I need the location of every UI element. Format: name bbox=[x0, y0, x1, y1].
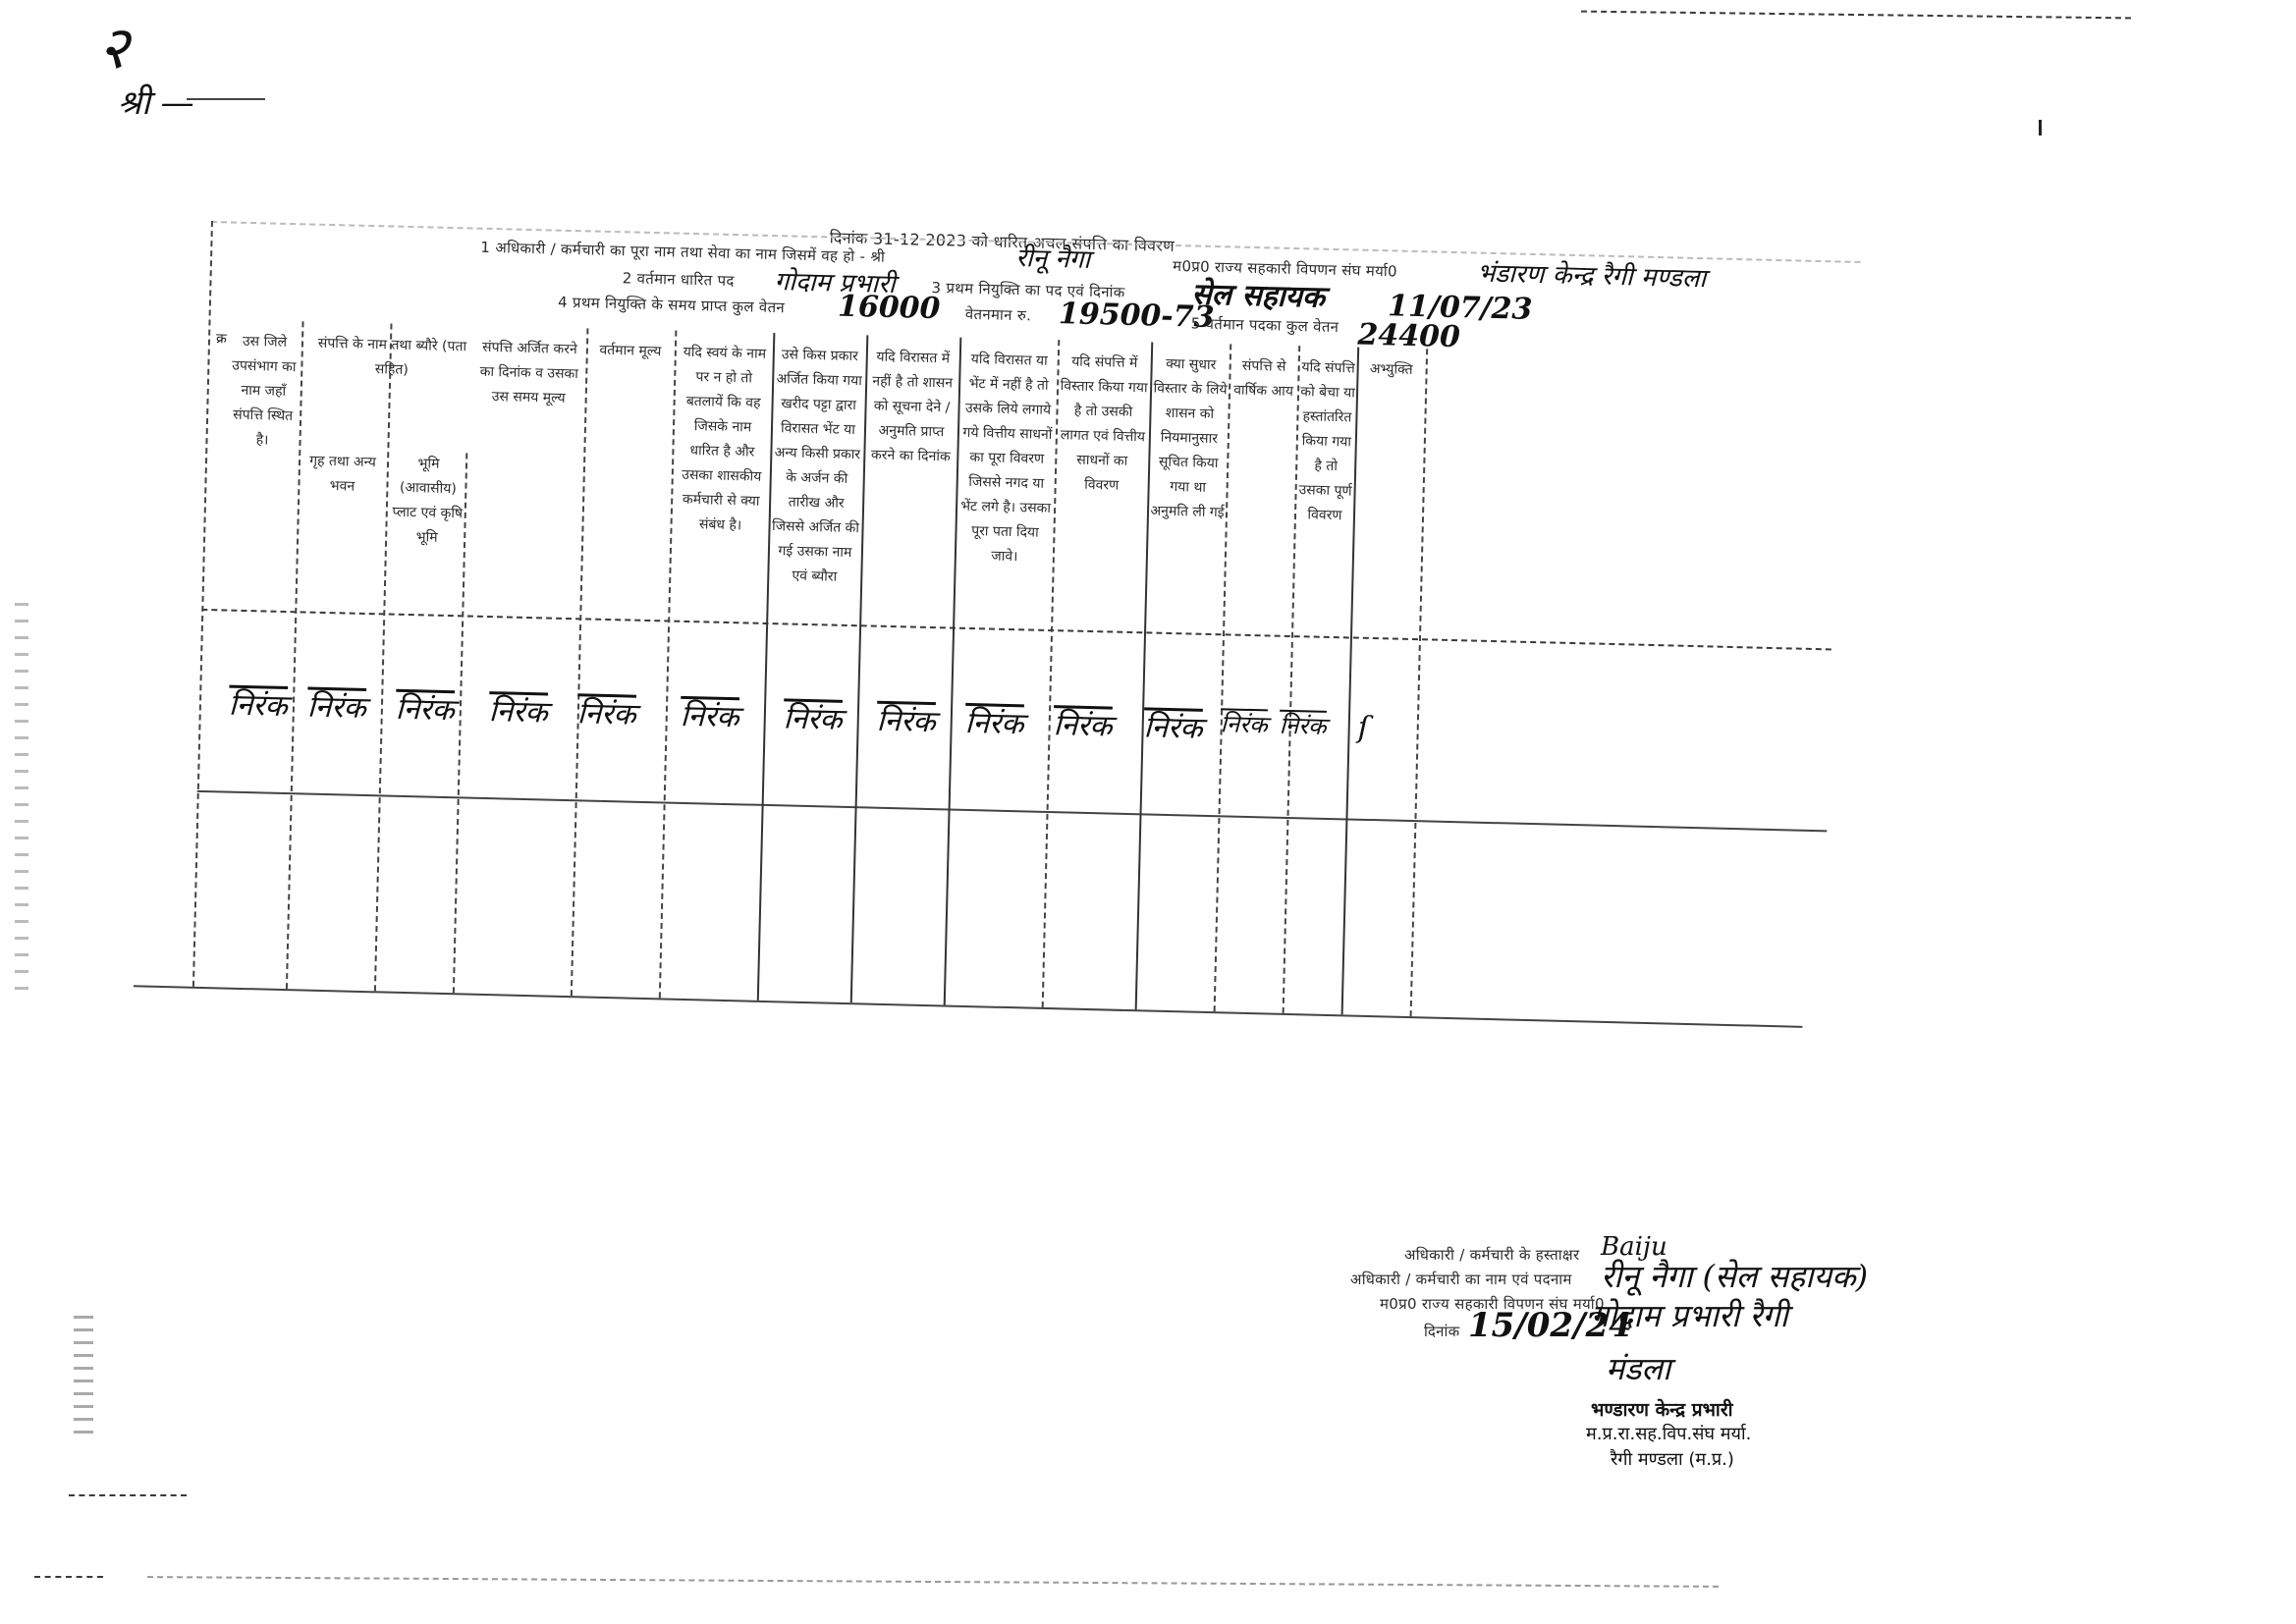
scan-edge-left bbox=[15, 589, 28, 1001]
asset-declaration-form: दिनांक 31-12 2023 को धारित अचल संपत्ति क… bbox=[188, 221, 1860, 1223]
cell-value: निरंक bbox=[488, 689, 548, 731]
col-head-property: संपत्ति के नाम तथा ब्यौरे (पता सहित) bbox=[305, 331, 478, 384]
corner-mark: श्री — bbox=[118, 79, 194, 124]
date-label: दिनांक bbox=[1424, 1322, 1459, 1341]
col-head-intimation: यदि विरासत में नहीं है तो शासन को सूचना … bbox=[865, 345, 958, 469]
col-line bbox=[192, 221, 213, 987]
line4-label: 4 प्रथम नियुक्ति के समय प्राप्त कुल वेतन bbox=[558, 293, 785, 318]
cell-value: निरंक bbox=[1053, 703, 1113, 744]
cell-value: निरंक bbox=[395, 687, 455, 729]
cell-value: निरंक bbox=[876, 699, 936, 740]
cell-value: निरंक bbox=[680, 694, 739, 735]
stamp-line-1: भण्डारण केन्द्र प्रभारी bbox=[1591, 1396, 1733, 1422]
col-head-remarks: अभ्युक्ति bbox=[1358, 357, 1424, 384]
line5-value: 24400 bbox=[1357, 318, 1460, 355]
col-line bbox=[1410, 349, 1429, 1016]
line5-label: 5 वर्तमान पदका कुल वेतन bbox=[1191, 313, 1339, 337]
scan-edge-top bbox=[1581, 11, 2131, 20]
value-row-border bbox=[197, 790, 1828, 833]
cell-value: निरंक bbox=[1220, 707, 1268, 740]
cell-value: निरंक bbox=[964, 701, 1024, 742]
name-label: अधिकारी / कर्मचारी का नाम एवं पदनाम bbox=[1350, 1270, 1572, 1289]
scan-speck bbox=[2039, 120, 2042, 135]
col-line bbox=[659, 331, 678, 999]
corner-dash bbox=[187, 98, 265, 100]
line1-value2: भंडारण केन्द्र रैगी मण्डला bbox=[1477, 254, 1707, 296]
col-head-acquisition: उसे किस प्रकार अर्जित किया गया खरीद पट्ट… bbox=[770, 343, 864, 590]
name-value: रीनू नैगा (सेल सहायक) bbox=[1601, 1255, 1868, 1297]
cell-value: ſ bbox=[1357, 711, 1369, 745]
col-sub-land: भूमि (आवासीय) प्लाट एवं कृषि भूमि bbox=[390, 452, 465, 552]
col-head-extension: यदि संपत्ति में विस्तार किया गया है तो उ… bbox=[1057, 350, 1149, 499]
scan-edge-line bbox=[69, 1494, 187, 1496]
place-value: मंडला bbox=[1606, 1347, 1670, 1389]
line1-label: 1 अधिकारी / कर्मचारी का पूरा नाम तथा सेव… bbox=[480, 238, 885, 267]
line4b-label: वेतनमान रु. bbox=[965, 304, 1032, 326]
stamp-line-2: म.प्र.रा.सह.विप.संघ मर्या. bbox=[1586, 1422, 1751, 1445]
col-head-current-value: वर्तमान मूल्य bbox=[591, 338, 671, 364]
col-head-sold: यदि संपत्ति को बेचा या हस्तांतरित किया ग… bbox=[1296, 355, 1357, 528]
header-row-border bbox=[201, 609, 1831, 651]
col-head-permission: क्या सुधार विस्तार के लिये शासन को नियमा… bbox=[1149, 352, 1230, 525]
col-num: क्र bbox=[216, 329, 227, 348]
line2-label: 2 वर्तमान धारित पद bbox=[622, 268, 734, 291]
sign-label: अधिकारी / कर्मचारी के हस्ताक्षर bbox=[1404, 1245, 1579, 1265]
col-head-finance: यदि विरासत या भेंट में नहीं है तो उसके ल… bbox=[959, 348, 1055, 570]
cell-value: निरंक bbox=[306, 685, 366, 727]
cell-value: निरंक bbox=[783, 696, 843, 737]
col-line bbox=[571, 328, 589, 996]
cell-value: निरंक bbox=[576, 691, 636, 732]
date-value: 15/02/24 bbox=[1468, 1306, 1632, 1345]
col-head-owner: यदि स्वयं के नाम पर न हो तो बतलायें कि व… bbox=[675, 341, 770, 539]
cell-value: निरंक bbox=[1143, 705, 1203, 746]
col-line bbox=[374, 323, 393, 991]
col-sub-house: गृह तथा अन्य भवन bbox=[302, 449, 382, 500]
scan-edge-bottom bbox=[147, 1576, 1719, 1588]
line1-value: रीनू नैगा bbox=[1015, 239, 1091, 276]
cell-value: निरंक bbox=[1279, 709, 1327, 742]
col-head-district: उस जिले उपसंभाग का नाम जहाँ संपत्ति स्थि… bbox=[225, 329, 301, 454]
scan-edge-left-bottom bbox=[74, 1306, 93, 1443]
col-head-acquired: संपत्ति अर्जित करने का दिनांक व उसका उस … bbox=[476, 336, 581, 412]
cell-value: निरंक bbox=[229, 683, 289, 725]
stamp-line-3: रैगी मण्डला (म.प्र.) bbox=[1611, 1447, 1734, 1471]
line4-value: 16000 bbox=[838, 290, 941, 327]
corner-scribble: २ bbox=[98, 5, 129, 85]
col-head-income: संपत्ति से वार्षिक आय bbox=[1231, 353, 1296, 405]
scan-edge-bottom-left bbox=[34, 1576, 103, 1578]
table-bottom-border bbox=[134, 985, 1803, 1028]
